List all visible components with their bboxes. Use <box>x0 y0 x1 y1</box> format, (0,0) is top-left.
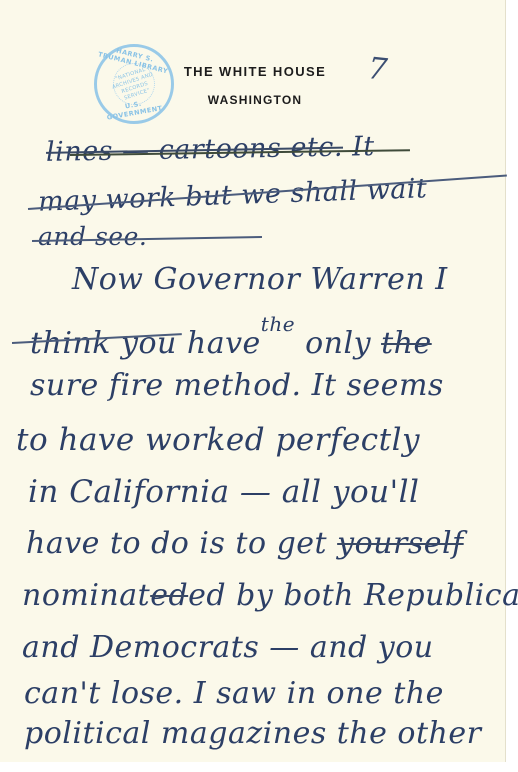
line-text: ed by both Republicans <box>188 578 518 613</box>
page-number: 7 <box>366 51 389 88</box>
struck-text: yourself <box>337 526 464 561</box>
inserted-word: the <box>261 312 295 336</box>
handwritten-line-7: to have worked perfectly <box>16 422 420 458</box>
line-text: nominat <box>22 578 150 613</box>
handwritten-line-9: have to do is to get yourself <box>26 526 464 561</box>
line-text: and Democrats — and you <box>22 630 434 665</box>
handwritten-line-13: political magazines the other <box>24 716 481 751</box>
handwritten-line-4: Now Governor Warren I <box>72 262 448 297</box>
handwritten-line-8: in California — all you'll <box>28 474 419 510</box>
handwritten-line-3: and see. <box>38 222 147 251</box>
struck-text: and see. <box>38 222 147 251</box>
handwritten-line-11: and Democrats — and you <box>22 630 434 665</box>
struck-text: may work but we shall wait <box>38 173 428 218</box>
line-text: Now Governor Warren I <box>72 262 448 297</box>
line-text: It <box>343 131 375 163</box>
handwritten-line-2: may work but we shall wait <box>38 173 428 218</box>
struck-text: the <box>381 326 432 361</box>
letterhead-title: THE WHITE HOUSE <box>180 64 330 79</box>
line-text: have to do is to get <box>26 526 337 561</box>
letter-page: HARRY S. TRUMAN LIBRARY "NATIONAL ARCHIV… <box>0 0 506 762</box>
line-text: think you have <box>30 326 261 361</box>
letterhead-subtitle: WASHINGTON <box>180 93 330 107</box>
handwritten-line-6: sure fire method. It seems <box>30 368 444 403</box>
handwritten-line-12: can't lose. I saw in one the <box>24 676 444 711</box>
handwritten-line-10: nominateded by both Republicans <box>22 578 518 613</box>
line-text: political magazines the other <box>24 716 481 751</box>
letterhead: THE WHITE HOUSE WASHINGTON <box>180 64 330 107</box>
line-text: to have worked perfectly <box>16 422 420 458</box>
line-text: only <box>295 326 381 361</box>
line-text: can't lose. I saw in one the <box>24 676 444 711</box>
archive-stamp: HARRY S. TRUMAN LIBRARY "NATIONAL ARCHIV… <box>94 44 174 124</box>
handwritten-line-5: think you havethe only the <box>30 312 432 361</box>
line-text: in California — all you'll <box>28 474 419 510</box>
struck-text: lines — cartoons etc. <box>46 132 344 168</box>
line-text: sure fire method. It seems <box>30 368 444 403</box>
struck-text: ed <box>150 578 188 613</box>
